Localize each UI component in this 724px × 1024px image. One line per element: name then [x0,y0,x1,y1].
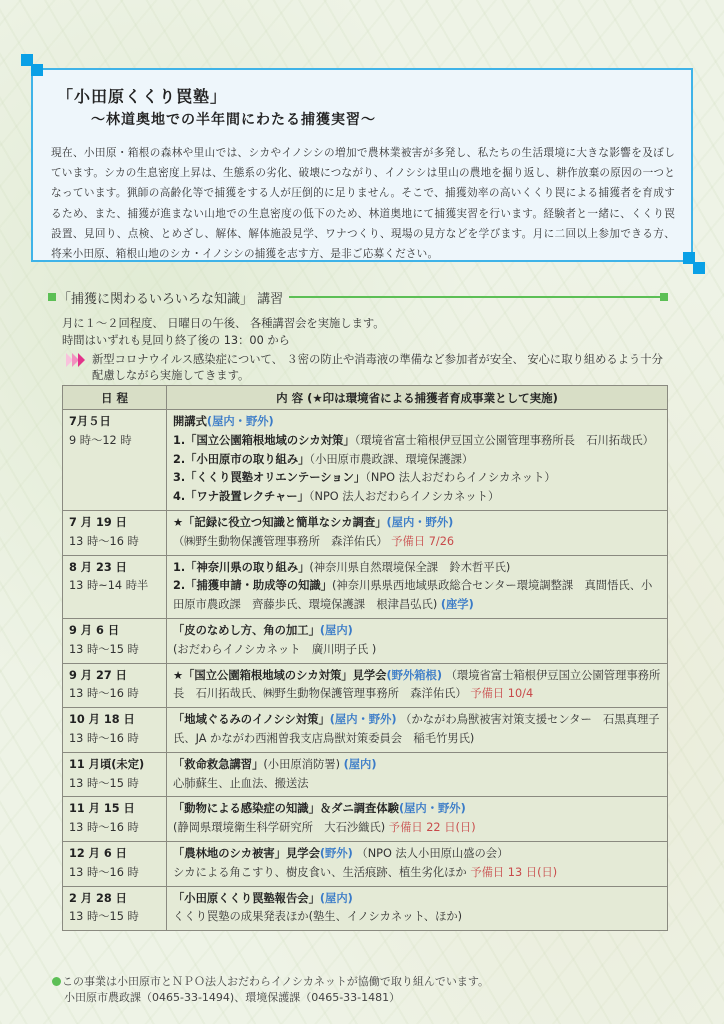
event-title: 「皮のなめし方、角の加工」 [173,624,320,637]
content-cell: 「農林地のシカ被害」見学会(野外) （NPO 法人小田原山盛の会） シカによる角… [167,841,668,886]
content-line: ★「国立公園箱根地域のシカ対策」見学会(野外箱根) （環境省富士箱根伊豆国立公園… [173,667,661,705]
header-date: 日 程 [63,386,167,410]
content-cell: 「小田原くくり罠塾報告会」(屋内) くくり罠塾の成果発表ほか(塾生、イノシカネッ… [167,886,668,931]
event-date: 12 月 6 日 [69,845,160,864]
intro-body: 現在、小田原・箱根の森林や里山では、シカやイノシシの増加で農林業被害が多発し、私… [51,143,675,264]
content-line: くくり罠塾の成果発表ほか(塾生、イノシカネット、ほか) [173,908,661,927]
section-heading: 「捕獲に関わるいろいろな知識」 講習 [48,288,668,306]
event-time: 13 時~14 時半 [69,577,160,596]
content-cell: 1.「神奈川県の取り組み」(神奈川県自然環境保全課 鈴木哲平氏) 2.「捕獲申請… [167,555,668,618]
table-row: 12 月 6 日13 時～16 時「農林地のシカ被害」見学会(野外) （NPO … [63,841,668,886]
content-line: 「農林地のシカ被害」見学会(野外) （NPO 法人小田原山盛の会） [173,845,661,864]
event-title: ★「記録に役立つ知識と簡単なシカ調査」 [173,516,386,529]
event-title: 2.「小田原市の取り組み」 [173,453,309,466]
date-cell: 9 月 6 日13 時～15 時 [63,618,167,663]
divider-line [289,296,660,298]
footer: この事業は小田原市とＮＰＯ法人おだわらイノシカネットが協働で取り組んでいます。 … [52,974,489,1006]
table-row: 7 月 19 日13 時～16 時★「記録に役立つ知識と簡単なシカ調査」(屋内・… [63,510,668,555]
event-title: ★「国立公園箱根地域のシカ対策」見学会 [173,669,386,682]
content-line: 開講式(屋内・野外) [173,413,661,432]
info-line: 月に１～２回程度、 日曜日の午後、 各種講習会を実施します。 [62,315,385,332]
event-title: 「小田原くくり罠塾報告会」 [173,892,320,905]
event-title: 1.「神奈川県の取り組み」 [173,561,309,574]
event-title: 「農林地のシカ被害」見学会 [173,847,320,860]
date-cell: 8 月 23 日13 時~14 時半 [63,555,167,618]
table-row: 11 月頃(未定)13 時～15 時「救命救急講習」(小田原消防署) (屋内) … [63,752,668,797]
date-cell: 2 月 28 日13 時～15 時 [63,886,167,931]
content-line: 「小田原くくり罠塾報告会」(屋内) [173,890,661,909]
event-date: 9 月 6 日 [69,622,160,641]
content-line: 「救命救急講習」(小田原消防署) (屋内) [173,756,661,775]
chevron-arrows-icon [62,353,92,367]
event-title: 「地域ぐるみのイノシシ対策」 [173,713,330,726]
corner-decoration [31,64,43,76]
content-line: 心肺蘇生、止血法、搬送法 [173,775,661,794]
event-title: 「動物による感染症の知識」＆ダニ調査体験 [173,802,399,815]
date-cell: 12 月 6 日13 時～16 時 [63,841,167,886]
date-cell: 11 月 15 日13 時～16 時 [63,797,167,842]
event-date: 2 月 28 日 [69,890,160,909]
event-time: 13 時～16 時 [69,685,160,704]
content-line: (静岡県環境衛生科学研究所 大石沙織氏) 予備日 22 日(日) [173,819,661,838]
content-line: 「動物による感染症の知識」＆ダニ調査体験(屋内・野外) [173,800,661,819]
table-row: 11 月 15 日13 時～16 時「動物による感染症の知識」＆ダニ調査体験(屋… [63,797,668,842]
date-cell: 11 月頃(未定)13 時～15 時 [63,752,167,797]
location-tag: (野外) [320,847,353,860]
location-tag: (屋内) [320,892,353,905]
location-tag: (屋内) [320,624,353,637]
event-time: 9 時～12 時 [69,432,160,451]
content-line: 1.「国立公園箱根地域のシカ対策」（環境省富士箱根伊豆国立公園管理事務所長 石川… [173,432,661,451]
content-line: 「皮のなめし方、角の加工」(屋内) [173,622,661,641]
location-tag: (屋内・野外) [399,802,466,815]
content-line: 「地域ぐるみのイノシシ対策」(屋内・野外) （かながわ鳥獣被害対策支援センター … [173,711,661,749]
square-bullet-icon [48,293,56,301]
schedule-table: 日 程 内 容 (★印は環境省による捕獲者育成事業として実施) 7月５日9 時～… [62,385,668,931]
table-row: 9 月 6 日13 時～15 時「皮のなめし方、角の加工」(屋内) (おだわらイ… [63,618,668,663]
event-detail: (静岡県環境衛生科学研究所 大石沙織氏) [173,821,385,834]
event-detail: 心肺蘇生、止血法、搬送法 [173,777,309,790]
event-detail: (小田原消防署) [263,758,340,771]
event-detail: （NPO 法人小田原山盛の会） [356,847,508,860]
location-tag: (屋内) [344,758,377,771]
table-row: 9 月 27 日13 時～16 時★「国立公園箱根地域のシカ対策」見学会(野外箱… [63,663,668,708]
content-cell: ★「国立公園箱根地域のシカ対策」見学会(野外箱根) （環境省富士箱根伊豆国立公園… [167,663,668,708]
section-title: 「捕獲に関わるいろいろな知識」 講習 [58,288,283,307]
event-detail: シカによる角こすり、樹皮食い、生活痕跡、植生劣化ほか [173,866,467,879]
event-detail: (おだわらイノシカネット 廣川明子氏 ) [173,643,376,656]
table-row: 7月５日9 時～12 時開講式(屋内・野外) 1.「国立公園箱根地域のシカ対策」… [63,410,668,511]
location-tag: (屋内・野外) [330,713,397,726]
intro-title: 「小田原くくり罠塾」 [57,84,675,107]
content-line: 1.「神奈川県の取り組み」(神奈川県自然環境保全課 鈴木哲平氏) [173,559,661,578]
event-date: 7 月 19 日 [69,514,160,533]
content-line: ★「記録に役立つ知識と簡単なシカ調査」(屋内・野外) [173,514,661,533]
event-time: 13 時～16 時 [69,819,160,838]
content-cell: 「地域ぐるみのイノシシ対策」(屋内・野外) （かながわ鳥獣被害対策支援センター … [167,708,668,753]
event-time: 13 時～16 時 [69,730,160,749]
footer-contact: 小田原市農政課（0465-33-1494)、環境保護課（0465-33-1481… [52,990,489,1006]
square-end-icon [660,293,668,301]
location-tag: (座学) [441,598,474,611]
intro-box: 「小田原くくり罠塾」 ～林道奥地での半年間にわたる捕獲実習～ 現在、小田原・箱根… [31,68,693,262]
event-detail: （小田原市農政課、環境保護課） [309,453,473,466]
content-cell: ★「記録に役立つ知識と簡単なシカ調査」(屋内・野外) （㈱野生動物保護管理事務所… [167,510,668,555]
reserve-date: 予備日 13 日(日) [470,866,557,879]
event-detail: (神奈川県自然環境保全課 鈴木哲平氏) [309,561,510,574]
content-cell: 「皮のなめし方、角の加工」(屋内) (おだわらイノシカネット 廣川明子氏 ) [167,618,668,663]
event-title: 2.「捕獲申請・助成等の知識」 [173,579,332,592]
event-time: 13 時～15 時 [69,908,160,927]
event-title: 開講式 [173,415,207,428]
event-date: 8 月 23 日 [69,559,160,578]
date-cell: 10 月 18 日13 時～16 時 [63,708,167,753]
location-tag: (屋内・野外) [386,516,453,529]
content-line: 3.「くくり罠塾オリエンテーション」（NPO 法人おだわらイノシカネット） [173,469,661,488]
notice-text: 新型コロナウイルス感染症について、 ３密の防止や消毒液の準備など参加者が安全、 … [92,352,672,384]
content-cell: 「動物による感染症の知識」＆ダニ調査体験(屋内・野外) (静岡県環境衛生科学研究… [167,797,668,842]
reserve-date: 予備日 10/4 [470,687,533,700]
reserve-date: 予備日 7/26 [391,535,454,548]
event-date: 10 月 18 日 [69,711,160,730]
info-line: 時間はいずれも見回り終了後の 13：00 から [62,332,385,349]
event-date: 11 月頃(未定) [69,756,160,775]
intro-subtitle: ～林道奥地での半年間にわたる捕獲実習～ [91,109,675,129]
content-line: （㈱野生動物保護管理事務所 森洋佑氏） 予備日 7/26 [173,533,661,552]
table-row: 10 月 18 日13 時～16 時「地域ぐるみのイノシシ対策」(屋内・野外) … [63,708,668,753]
event-time: 13 時～15 時 [69,775,160,794]
table-header-row: 日 程 内 容 (★印は環境省による捕獲者育成事業として実施) [63,386,668,410]
event-detail: くくり罠塾の成果発表ほか(塾生、イノシカネット、ほか) [173,910,462,923]
event-time: 13 時～15 時 [69,641,160,660]
event-detail: （NPO 法人おだわらイノシカネット） [309,490,499,503]
footer-line: この事業は小田原市とＮＰＯ法人おだわらイノシカネットが協働で取り組んでいます。 [62,975,489,988]
green-dot-icon [52,977,61,986]
content-line: 2.「捕獲申請・助成等の知識」(神奈川県県西地域県政総合センター環境調整課 真間… [173,577,661,615]
event-time: 13 時～16 時 [69,864,160,883]
content-line: シカによる角こすり、樹皮食い、生活痕跡、植生劣化ほか 予備日 13 日(日) [173,864,661,883]
date-cell: 9 月 27 日13 時～16 時 [63,663,167,708]
info-text: 月に１～２回程度、 日曜日の午後、 各種講習会を実施します。 時間はいずれも見回… [62,315,385,349]
location-tag: (野外箱根) [386,669,442,682]
table-row: 2 月 28 日13 時～15 時「小田原くくり罠塾報告会」(屋内) くくり罠塾… [63,886,668,931]
header-content: 内 容 (★印は環境省による捕獲者育成事業として実施) [167,386,668,410]
corner-decoration [693,262,705,274]
content-cell: 「救命救急講習」(小田原消防署) (屋内) 心肺蘇生、止血法、搬送法 [167,752,668,797]
event-date: 7月５日 [69,413,160,432]
event-title: 1.「国立公園箱根地域のシカ対策」 [173,434,355,447]
content-line: 4.「ワナ設置レクチャー」（NPO 法人おだわらイノシカネット） [173,488,661,507]
content-line: 2.「小田原市の取り組み」（小田原市農政課、環境保護課） [173,451,661,470]
event-detail: （環境省富士箱根伊豆国立公園管理事務所長 石川拓哉氏） [355,434,654,447]
date-cell: 7月５日9 時～12 時 [63,410,167,511]
event-title: 「救命救急講習」 [173,758,263,771]
event-detail: （NPO 法人おだわらイノシカネット） [365,471,555,484]
reserve-date: 予備日 22 日(日) [389,821,476,834]
covid-notice: 新型コロナウイルス感染症について、 ３密の防止や消毒液の準備など参加者が安全、 … [62,352,672,384]
content-line: (おだわらイノシカネット 廣川明子氏 ) [173,641,661,660]
content-cell: 開講式(屋内・野外) 1.「国立公園箱根地域のシカ対策」（環境省富士箱根伊豆国立… [167,410,668,511]
event-title: 3.「くくり罠塾オリエンテーション」 [173,471,365,484]
event-time: 13 時～16 時 [69,533,160,552]
table-row: 8 月 23 日13 時~14 時半1.「神奈川県の取り組み」(神奈川県自然環境… [63,555,668,618]
event-date: 11 月 15 日 [69,800,160,819]
event-title: 4.「ワナ設置レクチャー」 [173,490,309,503]
event-date: 9 月 27 日 [69,667,160,686]
event-detail: （㈱野生動物保護管理事務所 森洋佑氏） [173,535,388,548]
location-tag: (屋内・野外) [207,415,274,428]
date-cell: 7 月 19 日13 時～16 時 [63,510,167,555]
